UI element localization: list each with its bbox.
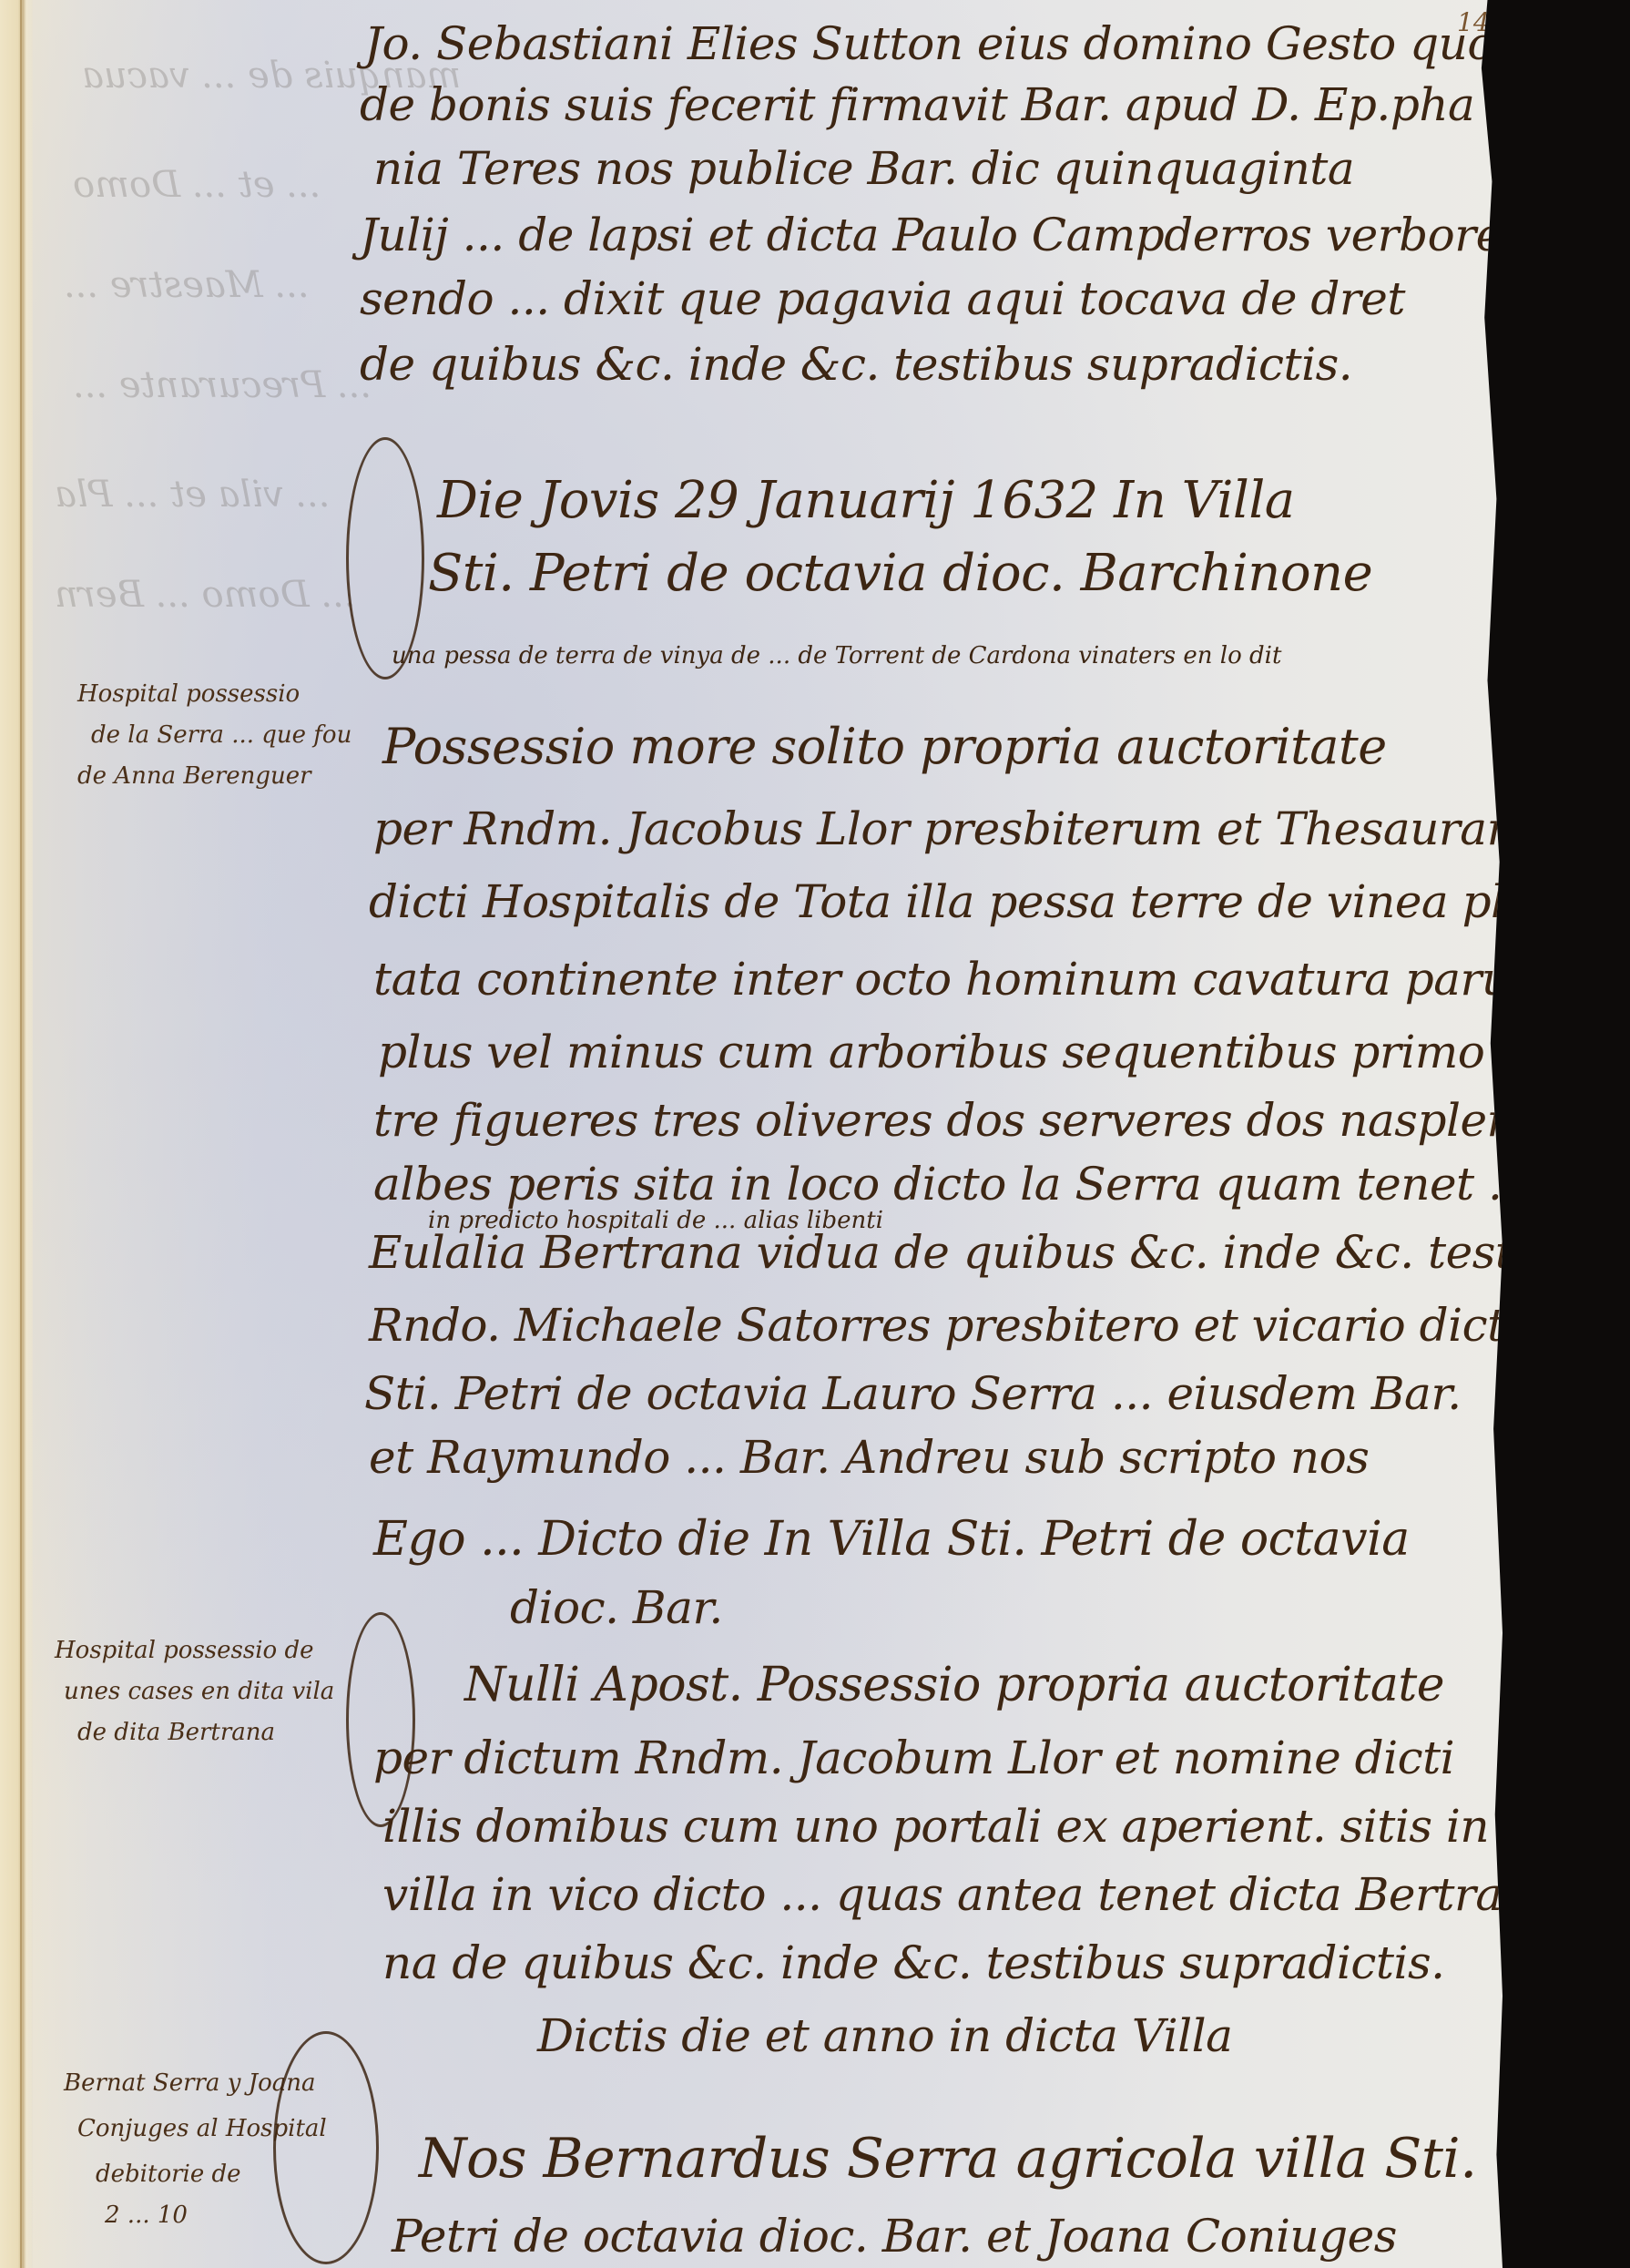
text-line: Possessio more solito propria auctoritat… xyxy=(382,720,1387,774)
text-line: per Rndm. Jacobus Llor presbiterum et Th… xyxy=(373,802,1594,856)
margin-note-line: Bernat Serra y Joana xyxy=(64,2068,315,2099)
initial-flourish-icon xyxy=(273,2031,379,2264)
place-line: Sti. Petri de octavia dioc. Barchinone xyxy=(428,547,1372,601)
text-line: illis domibus cum uno portali ex aperien… xyxy=(382,1799,1615,1854)
text-line: tata continente inter octo hominum cavat… xyxy=(373,952,1554,1006)
text-line: nia Teres nos publice Bar. dic quinquagi… xyxy=(373,141,1354,196)
text-line: Sti. Petri de octavia Lauro Serra ... ei… xyxy=(364,1366,1462,1421)
margin-note-line: debitorie de xyxy=(96,2159,241,2190)
bleed-through-text: ... Precurante ... xyxy=(73,364,372,406)
text-line: villa in vico dicto ... quas antea tenet… xyxy=(382,1867,1503,1922)
text-line: plus vel minus cum arboribus sequentibus… xyxy=(378,1025,1583,1079)
initial-flourish-icon xyxy=(346,1612,415,1827)
margin-note-line: de la Serra ... que fou xyxy=(91,720,351,751)
text-line: dicti Hospitalis de Tota illa pessa terr… xyxy=(369,874,1561,929)
text-line: de quibus &c. inde &c. testibus supradic… xyxy=(360,337,1352,392)
margin-note-line: Hospital possessio xyxy=(77,679,300,710)
margin-note-line: unes cases en dita vila xyxy=(64,1676,334,1707)
margin-note-line: de Anna Berenguer xyxy=(77,761,311,792)
bleed-through-text: ... vila et ... Pla xyxy=(55,474,330,516)
text-line: dioc. Bar. xyxy=(510,1580,723,1635)
text-line: Petri de octavia dioc. Bar. et Joana Con… xyxy=(392,2209,1397,2263)
text-line: Dictis die et anno in dicta Villa xyxy=(537,2008,1232,2063)
text-line: per dictum Rndm. Jacobum Llor et nomine … xyxy=(373,1731,1454,1785)
text-line: tre figueres tres oliveres dos serveres … xyxy=(373,1093,1630,1148)
text-line: Rndo. Michaele Satorres presbitero et vi… xyxy=(369,1298,1532,1353)
bleed-through-text: ... Maestre ... xyxy=(64,264,310,306)
text-line: Julij ... de lapsi et dicta Paulo Campde… xyxy=(360,208,1616,262)
text-line: de bonis suis fecerit firmavit Bar. apud… xyxy=(360,77,1474,132)
text-line: albes peris sita in loco dicto la Serra … xyxy=(373,1157,1530,1211)
bleed-through-text: ... Domo ... Bern xyxy=(55,574,356,616)
text-line: sendo ... dixit que pagavia aqui tocava … xyxy=(360,271,1405,326)
manuscript-page: manquis de ... vacua ... et ... Domo ...… xyxy=(0,0,1503,2268)
text-line: et Raymundo ... Bar. Andreu sub scripto … xyxy=(369,1430,1369,1485)
text-line: Jo. Sebastiani Elies Sutton eius domino … xyxy=(364,16,1523,71)
bleed-through-text: ... et ... Domo xyxy=(73,164,321,206)
text-line: na de quibus &c. inde &c. testibus supra… xyxy=(382,1936,1445,1990)
text-line: Nos Bernardus Serra agricola villa Sti. xyxy=(419,2131,1477,2186)
date-line: Die Jovis 29 Januarij 1632 In Villa xyxy=(437,474,1295,528)
margin-note-line: 2 ... 10 xyxy=(105,2200,188,2231)
text-line: Ego ... Dicto die In Villa Sti. Petri de… xyxy=(373,1512,1410,1567)
interlinear-addition: una pessa de terra de vinya de ... de To… xyxy=(392,642,1281,669)
text-line: Eulalia Bertrana vidua de quibus &c. ind… xyxy=(369,1225,1607,1280)
margin-note-line: de dita Bertrana xyxy=(77,1717,275,1748)
text-line: Nulli Apost. Possessio propria auctorita… xyxy=(464,1658,1444,1712)
gutter-fold-line xyxy=(20,0,22,2268)
binding-gutter xyxy=(0,0,33,2268)
margin-note-line: Hospital possessio de xyxy=(55,1635,313,1666)
